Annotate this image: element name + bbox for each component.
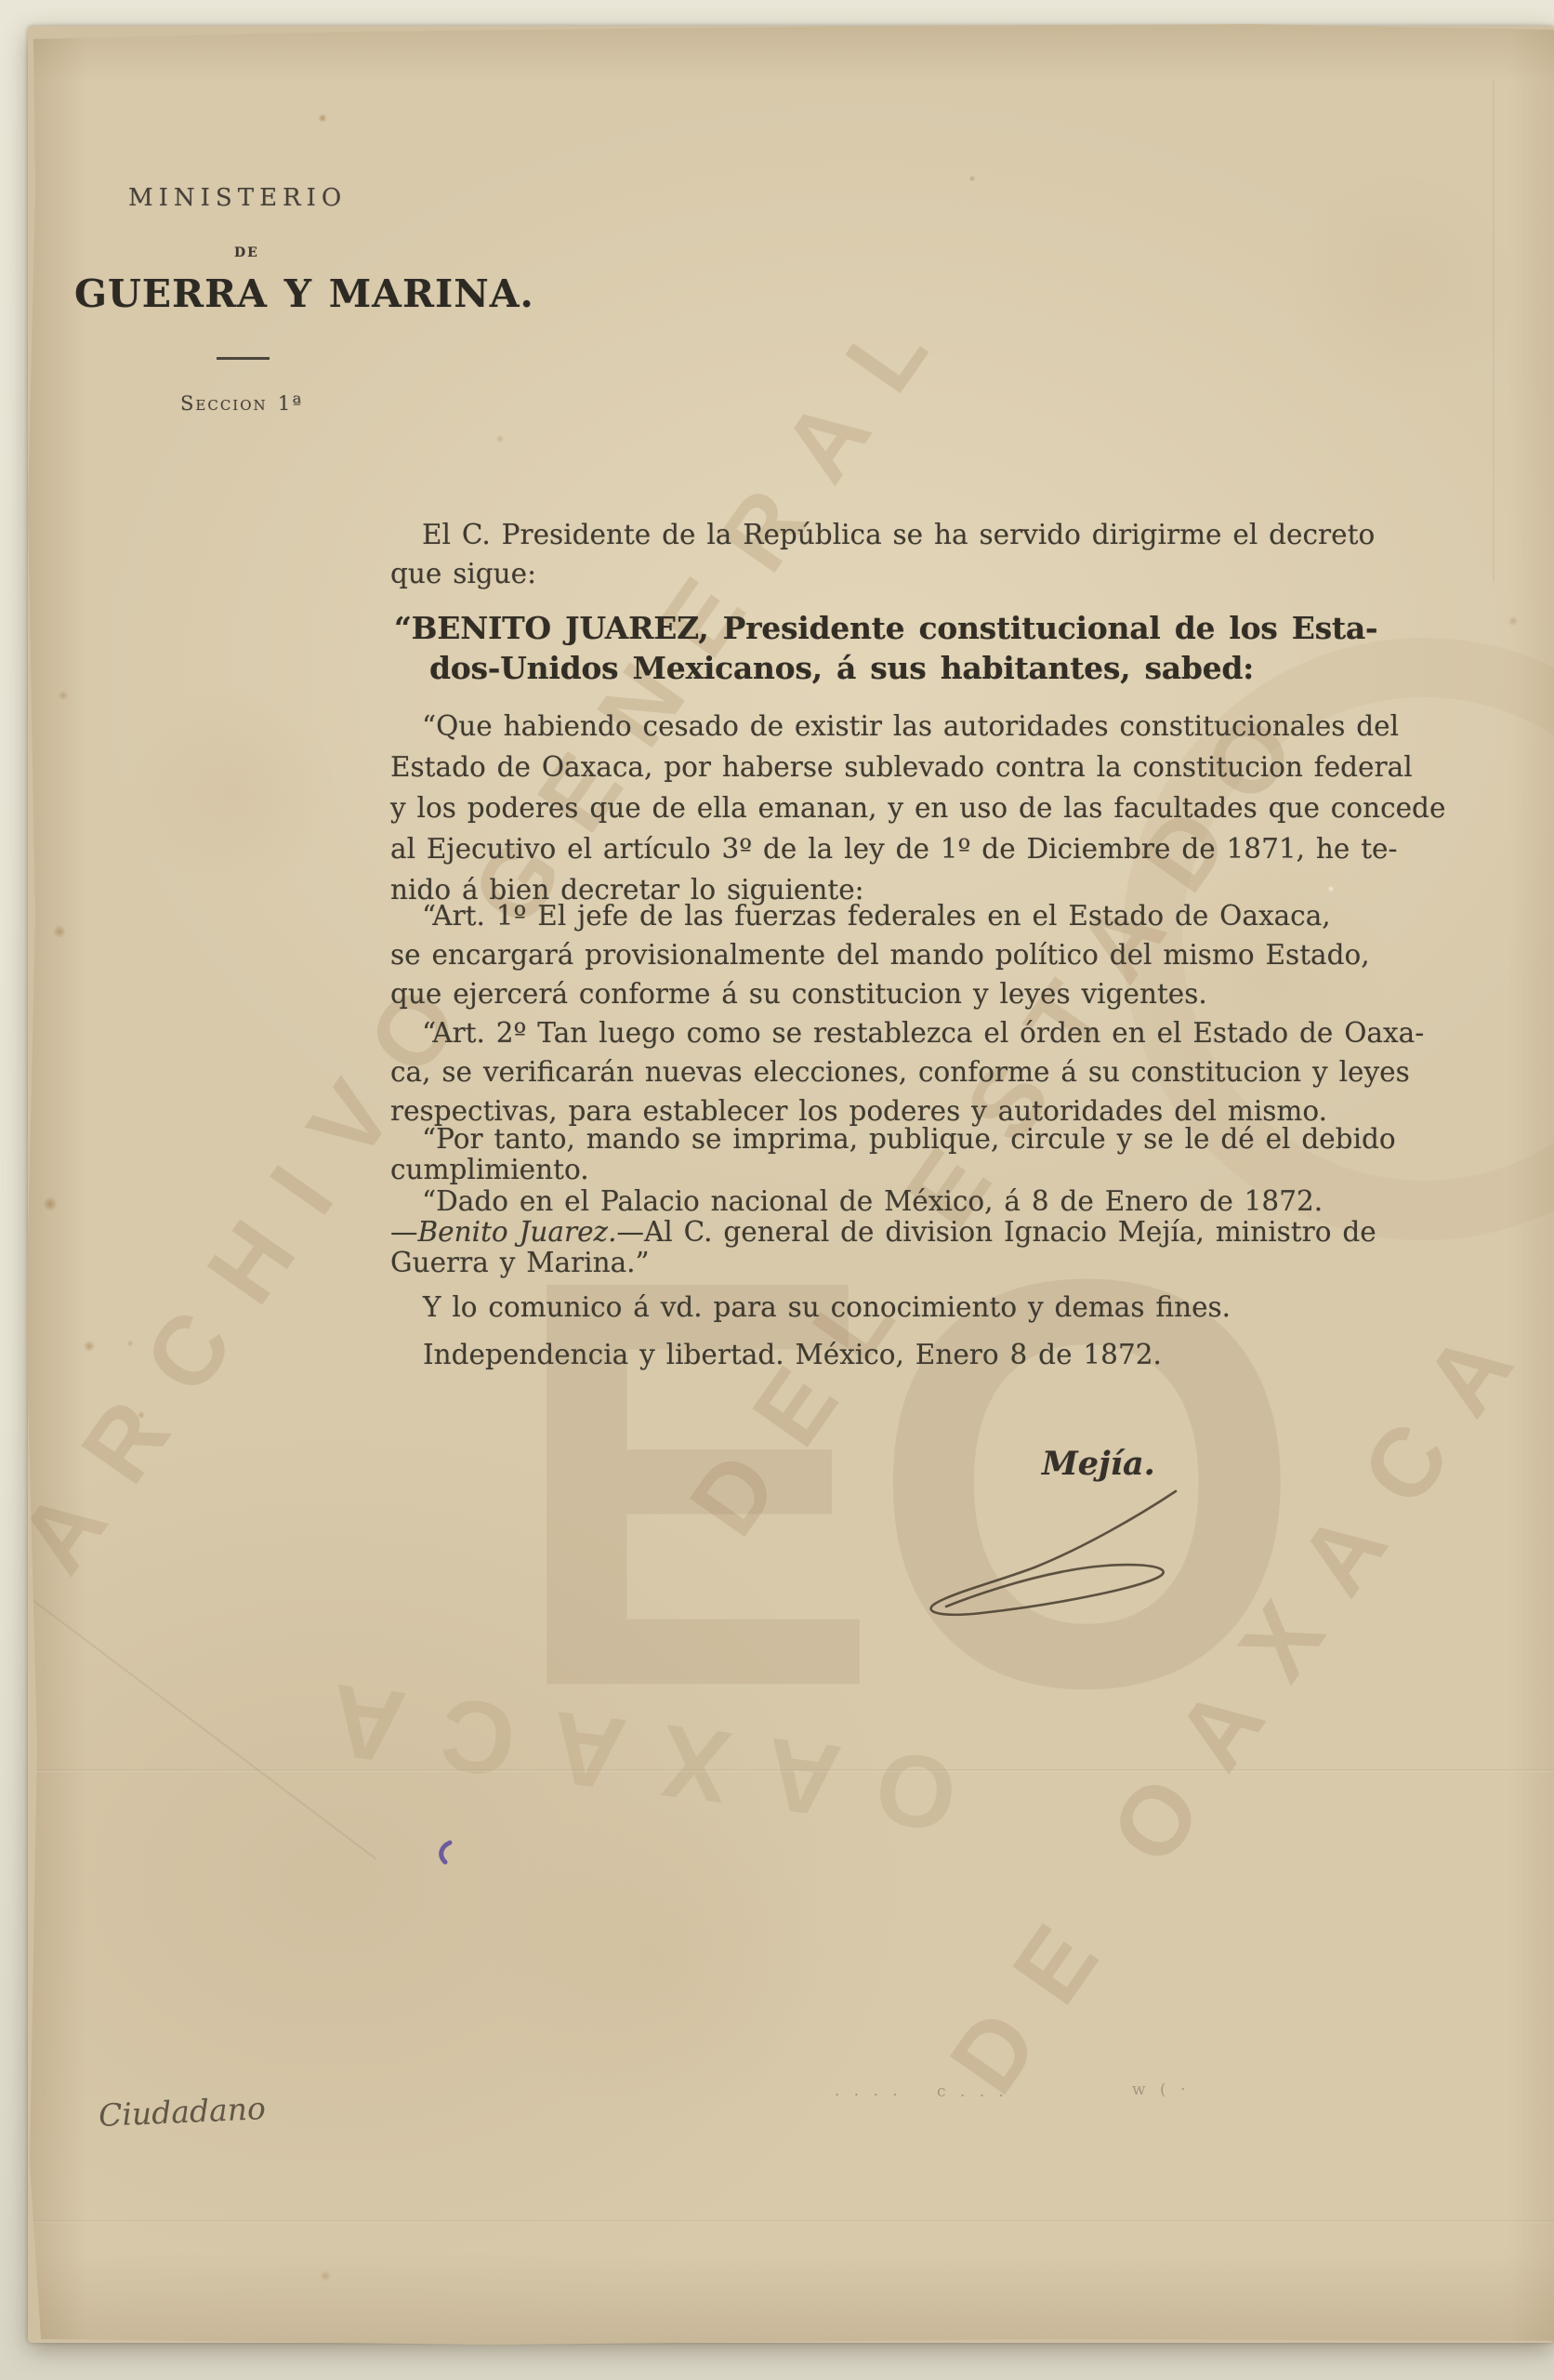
- text-line: que sigue:: [390, 554, 1375, 593]
- text-line: “BENITO JUAREZ, Presidente constituciona…: [394, 608, 1377, 648]
- text-line: “Que habiendo cesado de existir las auto…: [390, 706, 1445, 747]
- text-line: y los poderes que de ella emanan, y en u…: [390, 787, 1445, 828]
- ministry-name-line2: DE: [234, 245, 259, 260]
- comunico-line: Y lo comunico á vd. para su conocimiento…: [423, 1291, 1231, 1323]
- pencil-marks: c . . .: [937, 2082, 1008, 2101]
- text-line: “Dado en el Palacio nacional de México, …: [390, 1186, 1376, 1217]
- article-2: “Art. 2º Tan luego como se restablezca e…: [390, 1013, 1424, 1130]
- text-line: Guerra y Marina.”: [390, 1248, 1376, 1278]
- text-line: que ejercerá conforme á su constitucion …: [390, 974, 1370, 1013]
- benito-juarez-italic: Benito Juarez.: [418, 1216, 617, 1248]
- purple-ink-mark: [435, 1839, 459, 1867]
- pencil-marks: · · · ·: [835, 2086, 902, 2105]
- ministry-name-line3: GUERRA Y MARINA.: [74, 271, 534, 316]
- text-line: ca, se verificarán nuevas elecciones, co…: [390, 1052, 1424, 1091]
- text-line: “Art. 2º Tan luego como se restablezca e…: [390, 1013, 1424, 1052]
- text-line: “Art. 1º El jefe de las fuerzas federale…: [390, 896, 1370, 935]
- ministry-name-line1: MINISTERIO: [128, 184, 347, 212]
- document-page: ARCHIVO GENERAL DEL ESTADO DE OAXACA OAX…: [26, 24, 1554, 2345]
- signature-name: Mejía.: [1042, 1445, 1155, 1483]
- dash: —: [390, 1216, 418, 1248]
- decree-heading: “BENITO JUAREZ, Presidente constituciona…: [394, 608, 1377, 688]
- scanned-document: { "letterhead": { "ministry_line1": "MIN…: [0, 0, 1554, 2380]
- text-line: al Ejecutivo el artículo 3º de la ley de…: [390, 828, 1445, 869]
- text-line: se encargará provisionalmente del mando …: [390, 935, 1370, 974]
- text-line: “Por tanto, mando se imprima, publique, …: [390, 1124, 1396, 1155]
- dado-paragraph: “Dado en el Palacio nacional de México, …: [390, 1186, 1376, 1278]
- text-line: El C. Presidente de la República se ha s…: [390, 515, 1375, 554]
- intro-paragraph: El C. Presidente de la República se ha s…: [390, 515, 1375, 593]
- pencil-marks: w ( ·: [1132, 2081, 1190, 2099]
- crease-line: [26, 2220, 1554, 2223]
- text-line: cumplimiento.: [390, 1155, 1396, 1185]
- signature-rubric: [909, 1482, 1206, 1631]
- text-span: —Al C. general de division Ignacio Mejía…: [616, 1216, 1376, 1248]
- letterhead-rule: [217, 357, 270, 360]
- section-label: Seccion 1ª: [180, 392, 303, 415]
- crease-line: [1493, 80, 1495, 582]
- text-line: Estado de Oaxaca, por haberse sublevado …: [390, 747, 1445, 787]
- article-1: “Art. 1º El jefe de las fuerzas federale…: [390, 896, 1370, 1013]
- text-line: —Benito Juarez.—Al C. general de divisio…: [390, 1217, 1376, 1248]
- preamble-paragraph: “Que habiendo cesado de existir las auto…: [390, 706, 1445, 910]
- footer-ciudadano-note: Ciudadano: [98, 2090, 266, 2134]
- text-line: dos-Unidos Mexicanos, á sus habitantes, …: [429, 648, 1377, 688]
- independencia-line: Independencia y libertad. México, Enero …: [423, 1339, 1162, 1370]
- por-tanto-paragraph: “Por tanto, mando se imprima, publique, …: [390, 1124, 1396, 1185]
